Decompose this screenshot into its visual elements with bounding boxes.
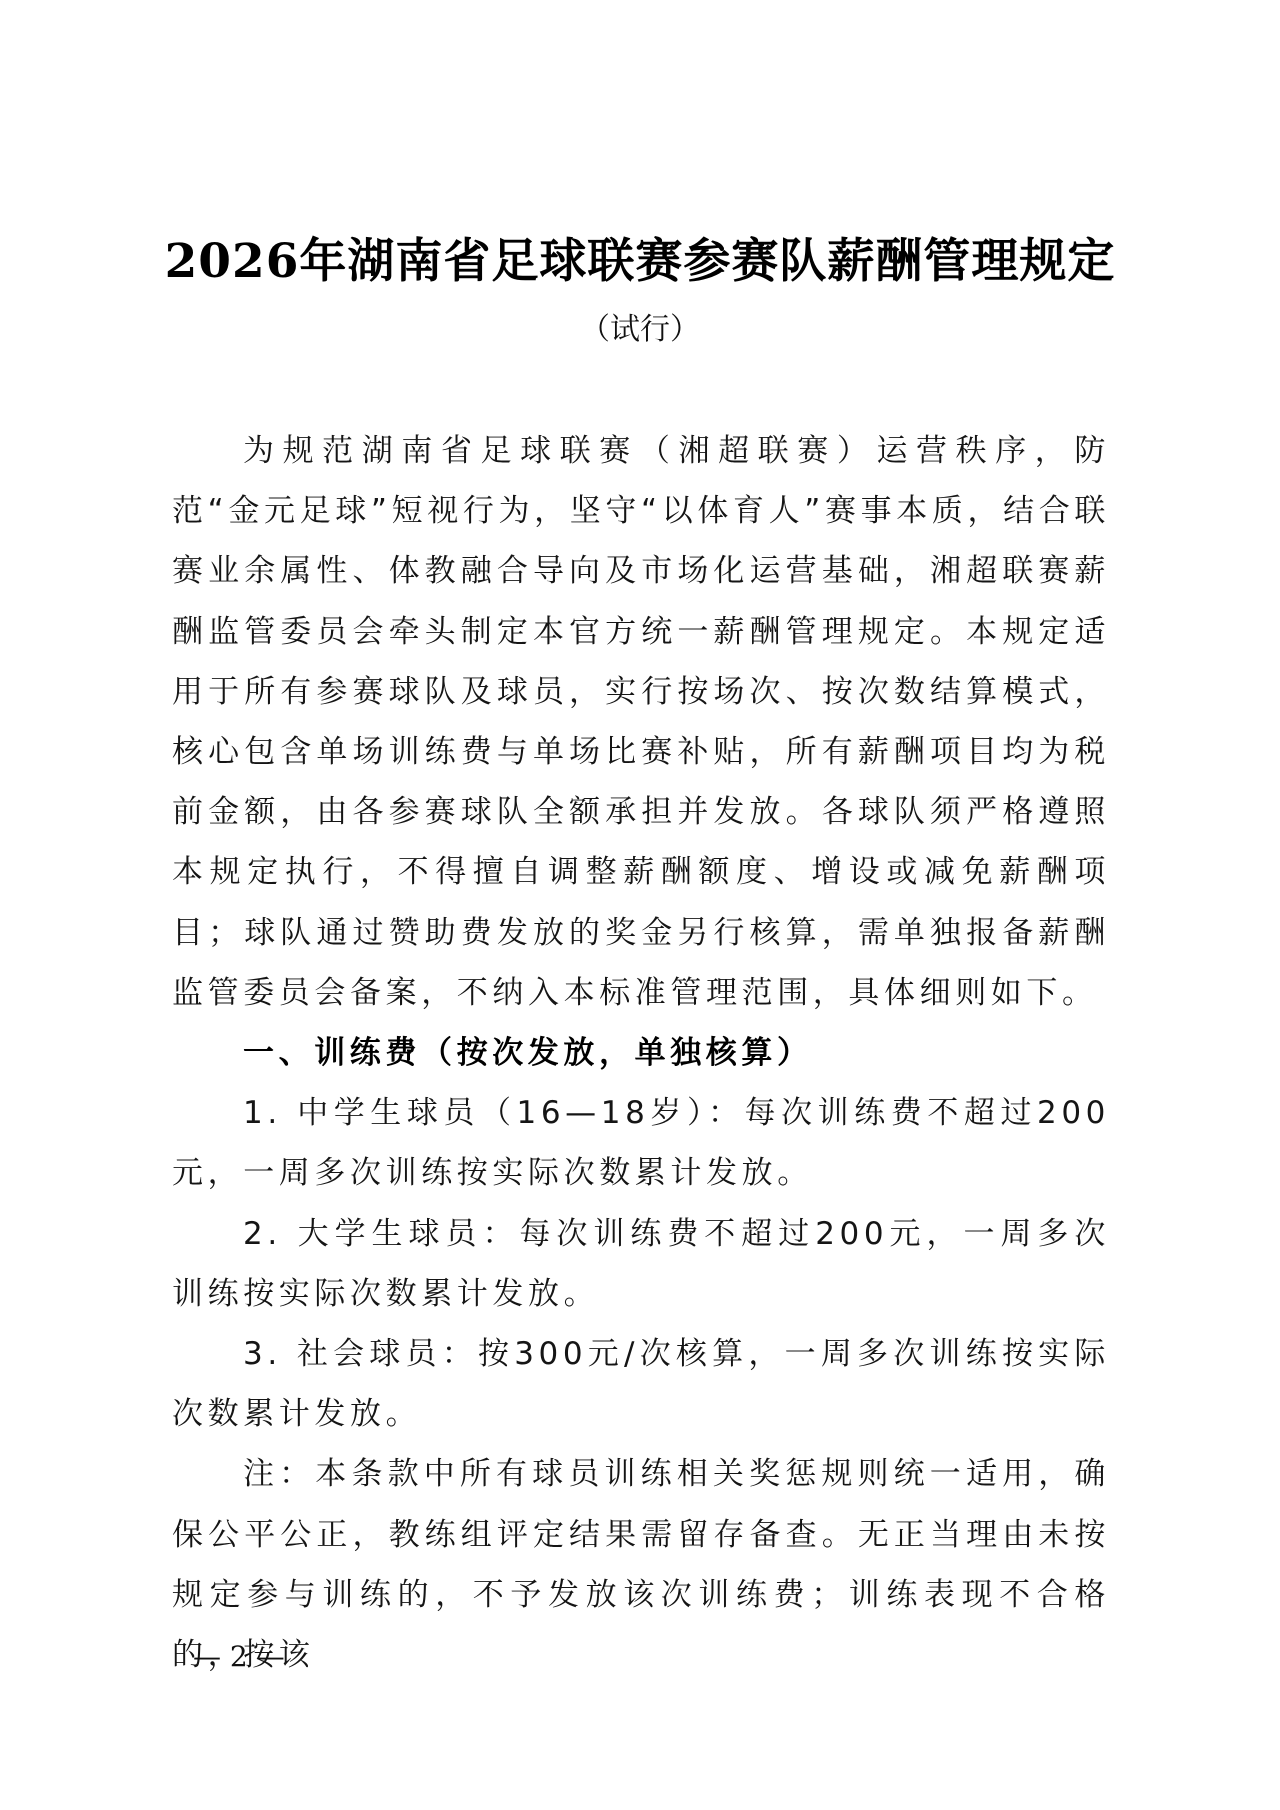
section-heading-training-fee: 一、训练费（按次发放，单独核算）: [172, 1023, 1110, 1083]
note-paragraph: 注：本条款中所有球员训练相关奖惩规则统一适用，确保公平公正，教练组评定结果需留存…: [172, 1444, 1110, 1685]
document-subtitle: （试行）: [0, 310, 1280, 350]
document-page: 2026年湖南省足球联赛参赛队薪酬管理规定 （试行） 为规范湖南省足球联赛（湘超…: [0, 0, 1280, 1810]
list-item-social-players: 3. 社会球员：按300元/次核算，一周多次训练按实际次数累计发放。: [172, 1324, 1110, 1444]
list-item-college-players: 2. 大学生球员：每次训练费不超过200元，一周多次训练按实际次数累计发放。: [172, 1204, 1110, 1324]
document-title: 2026年湖南省足球联赛参赛队薪酬管理规定: [0, 234, 1280, 290]
intro-paragraph: 为规范湖南省足球联赛（湘超联赛）运营秩序，防范“金元足球”短视行为，坚守“以体育…: [172, 421, 1110, 1023]
page-number: — 2 —: [193, 1640, 285, 1674]
list-item-middle-school-players: 1. 中学生球员（16—18岁）：每次训练费不超过200元，一周多次训练按实际次…: [172, 1083, 1110, 1203]
document-body: 为规范湖南省足球联赛（湘超联赛）运营秩序，防范“金元足球”短视行为，坚守“以体育…: [172, 421, 1110, 1685]
